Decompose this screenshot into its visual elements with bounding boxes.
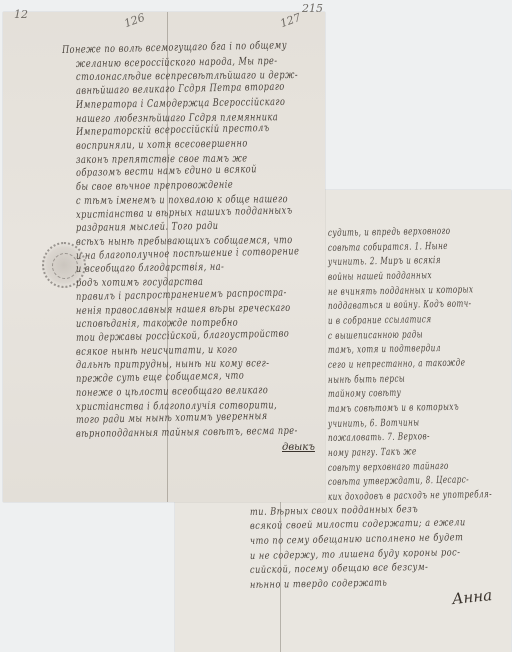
manuscript-line: с вышеписанною рады xyxy=(328,329,423,342)
manuscript-line: учинить, 6. Вотчины xyxy=(328,417,420,430)
manuscript-line: ному рангу. Такъ же xyxy=(328,446,417,459)
manuscript-line: совѣта собиратся. 1. Ныне xyxy=(328,241,448,254)
folio-number: 215 xyxy=(302,2,323,15)
manuscript-line: судить, и впредь верховного xyxy=(328,226,451,239)
manuscript-line: раздрания мыслей. Того ради xyxy=(76,220,219,234)
folio-number: 12 xyxy=(14,8,28,21)
manuscript-line: тайному совѣту xyxy=(328,388,401,400)
manuscript-line: ненія православныя нашея вѣры греческаго xyxy=(76,301,291,316)
manuscript-line: и в собрание ссылатися xyxy=(328,314,432,327)
manuscript-line: бы свое вѣчное препровожденіе xyxy=(76,179,233,193)
manuscript-line: родъ хотимъ государства xyxy=(76,276,203,289)
manuscript-line: восприняли, и хотя всесовершенно xyxy=(76,137,248,152)
manuscript-line: пожаловать. 7. Верхов- xyxy=(328,432,430,445)
manuscript-line: войны нашей подданных xyxy=(328,270,432,283)
manuscript-line: всякое нынѣ неисчитати, и кого xyxy=(76,343,238,357)
manuscript-line: тамъ совѣтомъ и в которыхъ xyxy=(328,402,459,415)
manuscript-line: нынѣ быть персы xyxy=(328,373,405,385)
manuscript-line: желанию всероссійского народа, Мы пре- xyxy=(76,55,278,70)
manuscript-line: совѣту верховнаго тайнаго xyxy=(328,461,449,474)
catchword: двыкъ xyxy=(282,442,315,453)
manuscript-line: не вчинять подданных и которых xyxy=(328,284,474,298)
